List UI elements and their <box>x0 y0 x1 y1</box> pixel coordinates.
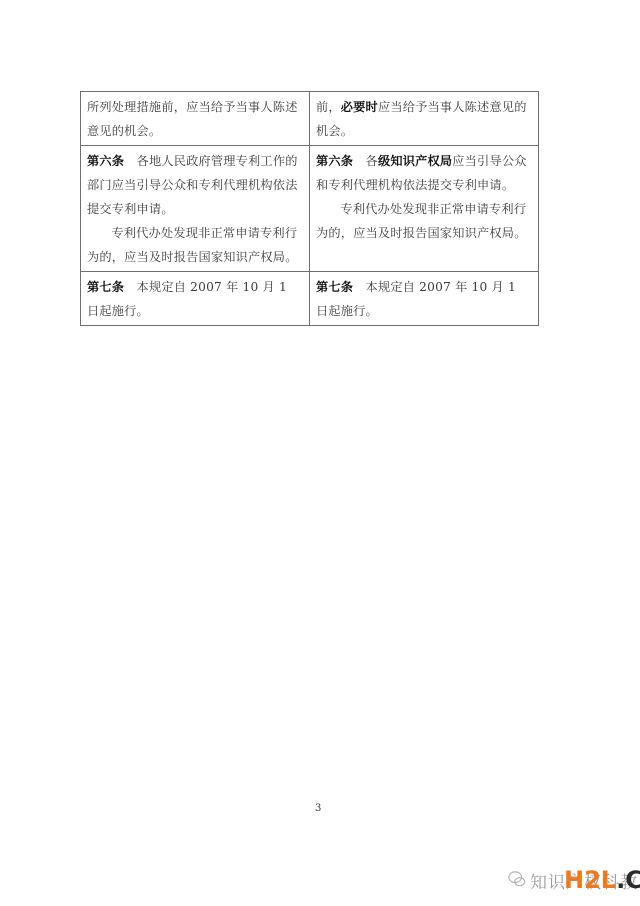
comparison-table: 所列处理措施前，应当给予当事人陈述意见的机会。 前，必要时应当给予当事人陈述意见… <box>80 91 539 326</box>
cell-paragraph: 专利代办处发现非正常申请专利行为的，应当及时报告国家知识产权局。 <box>316 197 532 245</box>
left-cell: 第六条 各地人民政府管理专利工作的部门应当引导公众和专利代理机构依法提交专利申请… <box>81 146 310 272</box>
table-row: 所列处理措施前，应当给予当事人陈述意见的机会。 前，必要时应当给予当事人陈述意见… <box>81 92 539 146</box>
article-label: 第六条 <box>316 154 353 168</box>
page-number: 3 <box>315 803 321 814</box>
article-label: 第七条 <box>87 280 124 294</box>
wechat-icon <box>508 870 526 888</box>
logo-cn: .CN <box>616 866 640 894</box>
left-cell: 所列处理措施前，应当给予当事人陈述意见的机会。 <box>81 92 310 146</box>
cell-text: 所列处理措施前，应当给予当事人陈述意见的机会。 <box>87 100 298 138</box>
left-cell: 第七条 本规定自 2007 年 10 月 1 日起施行。 <box>81 272 310 326</box>
right-cell: 第七条 本规定自 2007 年 10 月 1 日起施行。 <box>310 272 539 326</box>
bold-text: 必要时 <box>341 100 378 114</box>
article-label: 第七条 <box>316 280 353 294</box>
watermark: 知识产权科教 H2L.CN <box>500 866 640 896</box>
site-logo: H2L.CN <box>564 866 640 894</box>
right-cell: 前，必要时应当给予当事人陈述意见的机会。 <box>310 92 539 146</box>
article-label: 第六条 <box>87 154 124 168</box>
cell-text: 前， <box>316 100 341 114</box>
cell-paragraph: 专利代办处发现非正常申请专利行为的，应当及时报告国家知识产权局。 <box>87 221 303 269</box>
table-row: 第六条 各地人民政府管理专利工作的部门应当引导公众和专利代理机构依法提交专利申请… <box>81 146 539 272</box>
logo-h2l: H2L <box>564 866 616 894</box>
table-row: 第七条 本规定自 2007 年 10 月 1 日起施行。 第七条 本规定自 20… <box>81 272 539 326</box>
cell-text: 各 <box>353 154 378 168</box>
right-cell: 第六条 各级知识产权局应当引导公众和专利代理机构依法提交专利申请。 专利代办处发… <box>310 146 539 272</box>
bold-text: 级知识产权局 <box>378 154 452 168</box>
